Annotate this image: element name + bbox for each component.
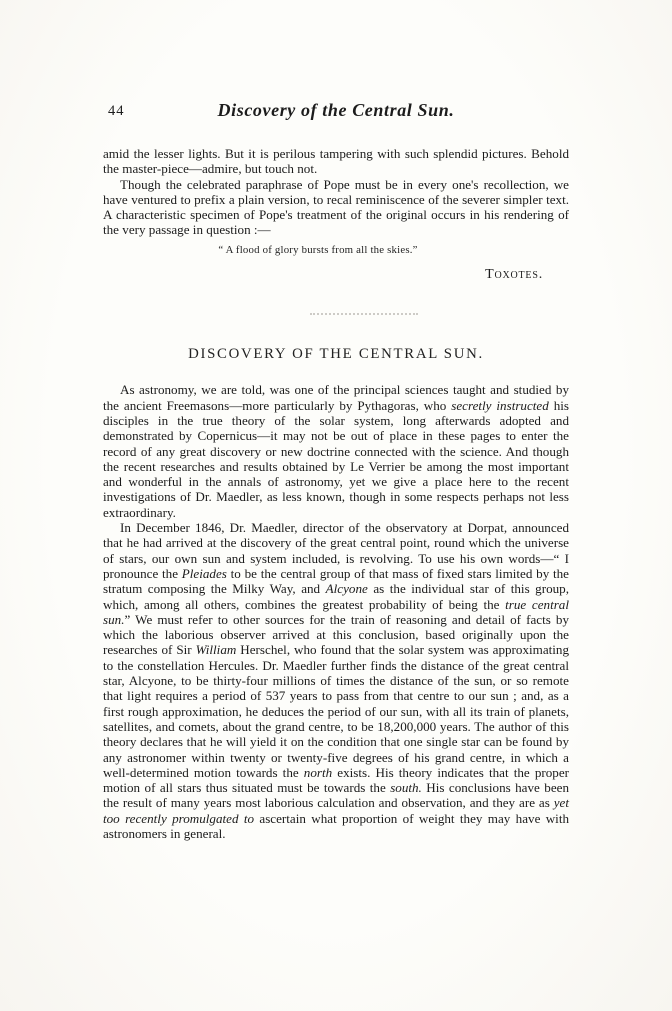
paragraph-continuation: amid the lesser lights. But it is perilo… [103,146,569,177]
previous-article-end: amid the lesser lights. But it is perilo… [103,146,569,282]
paragraph-pope: Though the celebrated paraphrase of Pope… [103,177,569,238]
text-segment: his disciples in the true theory of the … [103,398,569,520]
verse-quote: “ A flood of glory bursts from all the s… [85,243,551,258]
text-segment: north [304,765,332,780]
section-divider [310,313,418,315]
article-body: As astronomy, we are told, was one of th… [103,382,569,841]
text-segment: secretly instructed [451,398,549,413]
page-number: 44 [108,103,125,120]
book-page: 44 Discovery of the Central Sun. amid th… [0,0,672,1011]
page-content: 44 Discovery of the Central Sun. amid th… [103,0,569,841]
text-segment: Alcyone [326,581,368,596]
running-title: Discovery of the Central Sun. [103,100,569,121]
text-segment: William [196,642,237,657]
text-segment: south. [390,780,422,795]
author-attribution: Toxotes. [103,267,569,282]
article-paragraph-2: In December 1846, Dr. Maedler, director … [103,520,569,841]
text-segment: Herschel, who found that the solar syste… [103,642,569,779]
article-heading: DISCOVERY OF THE CENTRAL SUN. [103,346,569,363]
text-segment: Pleiades [182,566,227,581]
article-paragraph-1: As astronomy, we are told, was one of th… [103,382,569,520]
page-header: 44 Discovery of the Central Sun. [103,100,569,124]
